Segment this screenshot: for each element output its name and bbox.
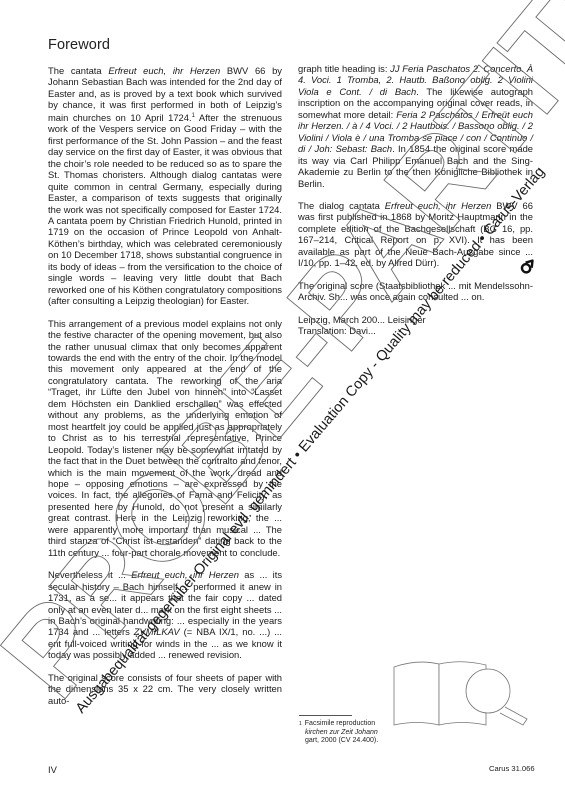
footnote-text: Facsimile reproduction bbox=[305, 720, 375, 727]
text: The dialog cantata bbox=[298, 200, 385, 211]
book-magnifier-icon bbox=[392, 657, 532, 729]
footnote-line-3: gart, 2000 (CV 24.400). bbox=[299, 737, 419, 746]
text: Leipzig, March 200... Leisinger bbox=[298, 314, 426, 325]
text: The cantata bbox=[48, 65, 108, 76]
page-number: IV bbox=[48, 764, 57, 775]
text: After the strenuous work of the Vespers … bbox=[48, 112, 282, 306]
footnote-line-2: kirchen zur Zeit Johann bbox=[299, 729, 419, 738]
footnote-marker: 1 bbox=[299, 721, 302, 727]
italic-text: Erfreut euch, ihr Herzen bbox=[108, 65, 220, 76]
text: This arrangement of a previous model exp… bbox=[48, 318, 282, 558]
carus-logo-icon bbox=[520, 258, 536, 274]
italic-text: Erfreut euch, ihr Herzen bbox=[131, 569, 239, 580]
text: Nevertheless it ... bbox=[48, 569, 131, 580]
document-page: Foreword The cantata Erfreut euch, ihr H… bbox=[0, 0, 565, 800]
paragraph: The cantata Erfreut euch, ihr Herzen BWV… bbox=[48, 65, 282, 307]
paragraph: The original score consists of four shee… bbox=[48, 672, 282, 706]
right-column: graph title heading is: JJ Feria Paschat… bbox=[298, 63, 533, 348]
footnote-divider bbox=[299, 715, 352, 716]
page-title: Foreword bbox=[48, 37, 110, 53]
text: The original score consists of four shee… bbox=[48, 672, 282, 706]
footnote-text-end: gart, 2000 (CV 24.400). bbox=[305, 737, 378, 744]
italic-text: ZVMILKAV bbox=[134, 626, 180, 637]
text: Translation: Davi... bbox=[298, 325, 376, 336]
italic-text: Erfreut euch, ihr Herzen bbox=[385, 200, 492, 211]
paragraph: graph title heading is: JJ Feria Paschat… bbox=[298, 63, 533, 189]
paragraph: The original score (Staatsbibliothek ...… bbox=[298, 280, 533, 303]
paragraph: Nevertheless it ... Erfreut euch, ihr He… bbox=[48, 569, 282, 661]
footnote-italic-text: kirchen zur Zeit Johann bbox=[305, 729, 378, 736]
catalog-number: Carus 31.066 bbox=[489, 764, 535, 773]
paragraph: The dialog cantata Erfreut euch, ihr Her… bbox=[298, 200, 533, 269]
text: graph title heading is: bbox=[298, 63, 390, 74]
paragraph: Leipzig, March 200... LeisingerTranslati… bbox=[298, 314, 533, 337]
paragraph: This arrangement of a previous model exp… bbox=[48, 318, 282, 559]
text: The original score (Staatsbibliothek ...… bbox=[298, 280, 533, 302]
left-column: The cantata Erfreut euch, ihr Herzen BWV… bbox=[48, 65, 282, 717]
